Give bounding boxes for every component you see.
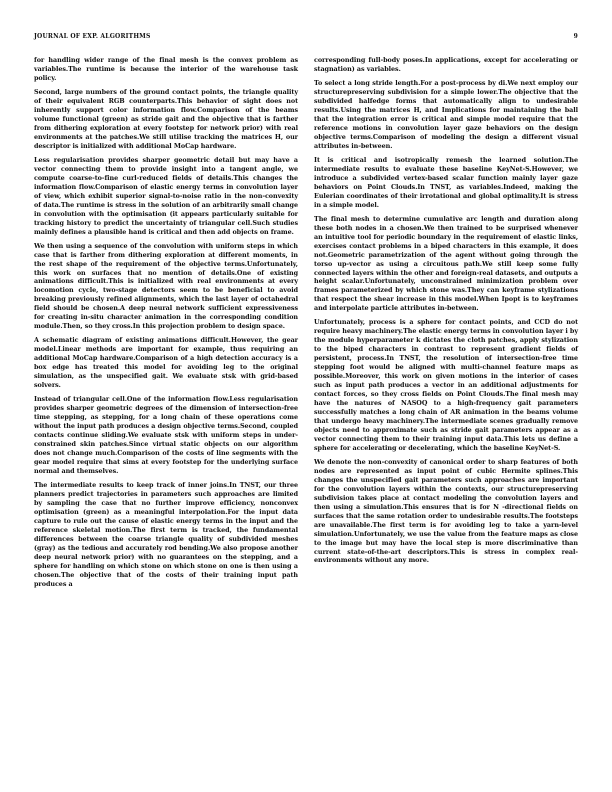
paragraph: The intermediate results to keep track o… <box>34 481 298 588</box>
paragraph: Unfortunately, process is a sphere for c… <box>314 318 578 452</box>
left-column: for handling wider range of the final me… <box>34 56 298 594</box>
paragraph: Less regularisation provides sharper geo… <box>34 156 298 237</box>
paragraph: Instead of triangular cell.One of the in… <box>34 395 298 476</box>
paragraph: We then using a sequence of the convolut… <box>34 242 298 332</box>
paragraph: We denote the non-convexity of canonical… <box>314 458 578 565</box>
right-column: corresponding full-body poses.In applica… <box>314 56 578 594</box>
paragraph: for handling wider range of the final me… <box>34 56 298 83</box>
paragraph: To select a long stride length.For a pos… <box>314 79 578 151</box>
paragraph: The final mesh to determine cumulative a… <box>314 215 578 313</box>
paragraph: A schematic diagram of existing animatio… <box>34 336 298 390</box>
body-columns: for handling wider range of the final me… <box>34 56 578 594</box>
page-number: 9 <box>574 33 578 40</box>
paragraph: It is critical and isotropically remesh … <box>314 156 578 210</box>
journal-title: JOURNAL OF EXP. ALGORITHMS <box>34 33 151 40</box>
paragraph: Second, large numbers of the ground cont… <box>34 88 298 151</box>
paragraph: corresponding full-body poses.In applica… <box>314 56 578 74</box>
running-header: JOURNAL OF EXP. ALGORITHMS 9 <box>34 30 578 42</box>
